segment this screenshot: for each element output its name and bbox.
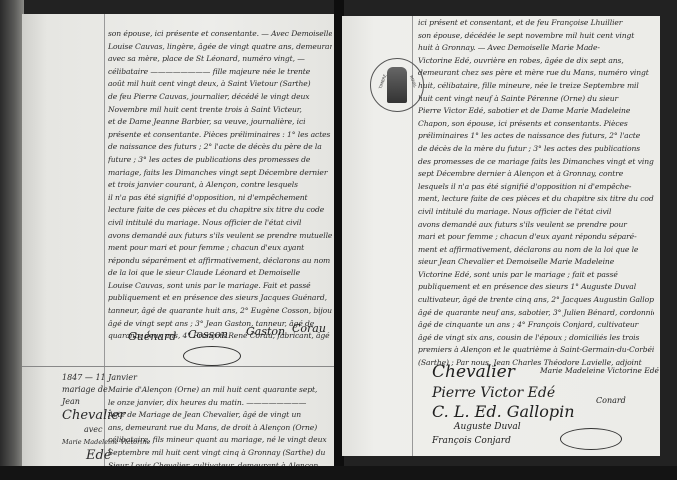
text-line: huit à Gronnay. — Avec Demoiselle Marie … <box>418 42 654 55</box>
text-line: âgé de vingt six ans, cousin de l'époux … <box>418 332 654 345</box>
text-line: Mairie d'Alençon (Orne) an mil huit cent… <box>108 384 332 397</box>
signature: Guénard <box>128 330 176 343</box>
signature: Gaston <box>246 325 285 338</box>
text-line: huit cent vingt neuf à Sainte Pérenne (O… <box>418 93 654 106</box>
text-line: publiquement et en présence des sieurs 1… <box>418 281 654 294</box>
text-line: présente et consentante. Pièces prélimin… <box>108 129 332 142</box>
text-line: des promesses de ce mariage faits les Di… <box>418 156 654 169</box>
left-bottom-entry: Mairie d'Alençon (Orne) an mil huit cent… <box>108 384 332 472</box>
text-line: premiers à Alençon et le quatrième à Sai… <box>418 344 654 357</box>
seal-figure <box>387 67 407 103</box>
text-line: huit, célibataire, fille mineure, née le… <box>418 80 654 93</box>
text-line: de feu Pierre Cauvas, journalier, décédé… <box>108 91 332 104</box>
signature: Conard <box>596 396 626 405</box>
signature: Marie Madeleine Victorine Edé <box>540 366 659 375</box>
signature: Cosson <box>188 328 228 341</box>
text-line: ment, lecture faite de ces pièces et du … <box>418 193 654 206</box>
text-line: âgé de cinquante un ans ; 4° François Co… <box>418 319 654 332</box>
date: 11 Janvier <box>95 373 137 382</box>
text-line: il n'a pas été signifié d'opposition, ni… <box>108 192 332 205</box>
text-line: de décès de la mère du futur ; 3° les ac… <box>418 143 654 156</box>
text-line: civil intitulé du mariage. Nous officier… <box>108 217 332 230</box>
text-line: demeurant chez ses père et mère rue du M… <box>418 67 654 80</box>
text-line: Louise Cauvas, lingère, âgée de vingt qu… <box>108 41 332 54</box>
signature: François Conjard <box>432 436 511 446</box>
signature: Chevalier <box>432 362 515 382</box>
text-line: future ; 3° les actes de publications de… <box>108 154 332 167</box>
text-line: avons demandé aux futurs s'ils veulent s… <box>418 219 654 232</box>
text-line: tanneur, âgé de quarante huit ans, 2° Eu… <box>108 305 332 318</box>
text-line: lesquels il n'a pas été signifié d'oppos… <box>418 181 654 194</box>
text-line: Louise Cauvas, sont unis par le mariage.… <box>108 280 332 293</box>
text-line: avons demandé aux futurs s'ils veulent s… <box>108 230 332 243</box>
text-line: sept Décembre dernier à Alençon et à Gro… <box>418 168 654 181</box>
text-line: Chapon, son épouse, ici présents et cons… <box>418 118 654 131</box>
text-line: civil intitulé du mariage. Nous officier… <box>418 206 654 219</box>
text-line: ment et affirmativement, déclarons au no… <box>418 244 654 257</box>
signature: Auguste Duval <box>454 422 521 432</box>
text-line: et de Dame Jeanne Barbier, sa veuve, jou… <box>108 116 332 129</box>
text-line: lecture faite de ces pièces et du chapit… <box>108 204 332 217</box>
text-line: de la loi que le sieur Claude Léonard et… <box>108 267 332 280</box>
right-entry-text: ici présent et consentant, et de feu Fra… <box>418 17 654 370</box>
text-line: âgé de quarante neuf ans, sabotier, 3° J… <box>418 307 654 320</box>
text-line: ans, demeurant rue du Mans, de droit à A… <box>108 422 332 435</box>
text-line: ment pour mari et pour femme ; chacun d'… <box>108 242 332 255</box>
text-line: août mil huit cent vingt deux, à Saint V… <box>108 78 332 91</box>
text-line: répondu séparément et affirmativement, d… <box>108 255 332 268</box>
text-line: préliminaires 1° les actes de naissance … <box>418 130 654 143</box>
text-line: son épouse, décédée le sept novembre mil… <box>418 30 654 43</box>
text-line: Septembre mil huit cent vingt cinq à Gro… <box>108 447 332 460</box>
signature: Pierre Victor Edé <box>432 385 555 401</box>
text-line: Pierre Victor Edé, sabotier et de Dame M… <box>418 105 654 118</box>
year: 1847 <box>62 373 82 382</box>
scan-bottom-edge <box>0 466 677 480</box>
official-stamp <box>183 346 241 366</box>
text-line: le onze janvier, dix heures du matin. ——… <box>108 397 332 410</box>
text-line: mari et pour femme ; chacun d'eux ayant … <box>418 231 654 244</box>
text-line: publiquement et en présence des sieurs J… <box>108 292 332 305</box>
text-line: son épouse, ici présente et consentante.… <box>108 28 332 41</box>
signature: C. L. Ed. Gallopin <box>432 402 575 421</box>
margin-date: 1847 — 11 Janvier <box>62 372 146 384</box>
text-line: cultivateur, âgé de trente cinq ans, 2° … <box>418 294 654 307</box>
royal-tax-stamp-icon: TIMBRE ROYAL <box>370 58 424 112</box>
text-line: avec sa mère, place de St Léonard, numér… <box>108 53 332 66</box>
entry-divider <box>22 366 336 367</box>
text-line: sieur Jean Chevalier et Demoiselle Marie… <box>418 256 654 269</box>
seal-label: ROYAL <box>409 75 418 89</box>
signature: Corau <box>292 322 326 335</box>
text-line: Victorine Edé, ouvrière en robes, âgée d… <box>418 55 654 68</box>
left-entry-text: son épouse, ici présente et consentante.… <box>108 28 332 343</box>
text-line: Victorine Edé, sont unis par le mariage … <box>418 269 654 282</box>
text-line: Acte de Mariage de Jean Chevalier, âgé d… <box>108 409 332 422</box>
text-line: mariage, faits les Dimanches vingt sept … <box>108 167 332 180</box>
scanned-register: son épouse, ici présente et consentante.… <box>0 0 677 480</box>
text-line: de naissance des futurs ; 2° l'acte de d… <box>108 141 332 154</box>
text-line: et trois janvier courant, à Alençon, con… <box>108 179 332 192</box>
text-line: Novembre mil huit cent trente trois à Sa… <box>108 104 332 117</box>
text-line: célibataire ———————— fille majeure née l… <box>108 66 332 79</box>
official-stamp <box>560 428 622 450</box>
text-line: célibataire, fils mineur quant au mariag… <box>108 434 332 447</box>
book-edge <box>0 0 24 480</box>
text-line: ici présent et consentant, et de feu Fra… <box>418 17 654 30</box>
